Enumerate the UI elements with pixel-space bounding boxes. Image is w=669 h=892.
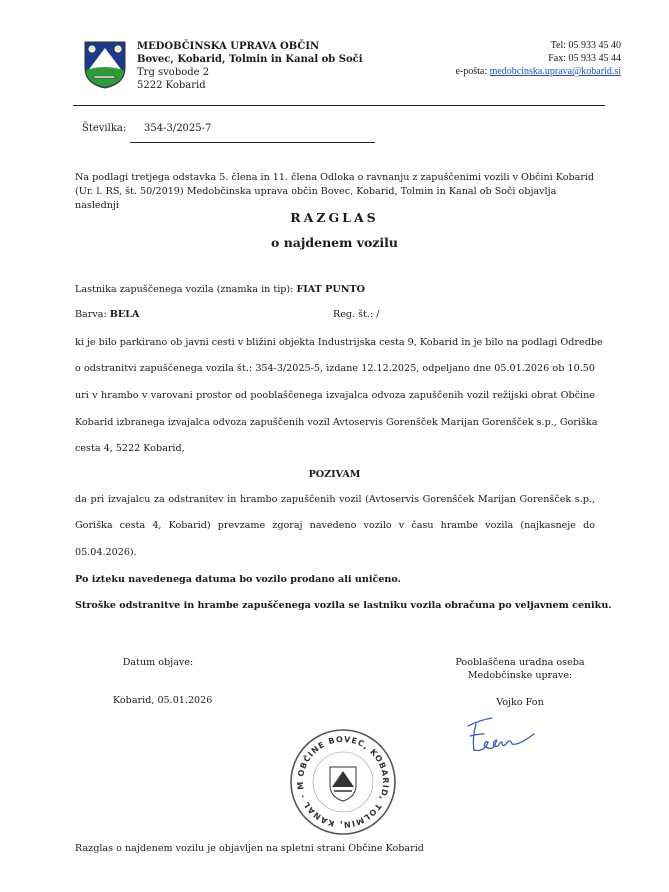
- email-link[interactable]: medobcinska.uprava@kobarid.si: [490, 66, 621, 77]
- vehicle-color: BELA: [110, 309, 140, 320]
- org-line-2: Bovec, Kobarid, Tolmin in Kanal ob Soči: [137, 53, 363, 66]
- email-row: e-pošta: medobcinska.uprava@kobarid.si: [455, 65, 621, 78]
- reference-value: 354-3/2025-7: [144, 123, 211, 134]
- pozivam-line: Goriška cesta 4, Kobarid) prevzame zgora…: [75, 520, 595, 531]
- date-label: Datum objave:: [108, 656, 208, 669]
- org-line-1: MEDOBČINSKA UPRAVA OBČIN: [137, 40, 363, 53]
- vehicle-registration: Reg. št.: /: [333, 309, 379, 320]
- reference-number: Številka: 354-3/2025-7: [82, 123, 126, 134]
- date-value: Kobarid, 05.01.2026: [113, 694, 243, 707]
- organization-address: Trg svobode 2 5222 Kobarid: [137, 66, 209, 92]
- fax-number: Fax: 05 933 45 44: [455, 52, 621, 65]
- address-line-2: 5222 Kobarid: [137, 79, 209, 92]
- body-line: o odstranitvi zapuščenega vozila št.: 35…: [75, 363, 595, 374]
- vehicle-owner-label: Lastnika zapuščenega vozila (znamka in t…: [75, 284, 296, 295]
- vehicle-make-model: FIAT PUNTO: [296, 284, 365, 295]
- official-label-line-1: Pooblaščena uradna oseba: [420, 656, 620, 669]
- reference-label: Številka:: [82, 123, 126, 134]
- notice-disposal: Po izteku navedenega datuma bo vozilo pr…: [75, 574, 401, 585]
- official-label-line-2: Medobčinske uprave:: [420, 669, 620, 682]
- body-line: ki je bilo parkirano ob javni cesti v bl…: [75, 337, 595, 348]
- official-name: Vojko Fon: [420, 696, 620, 709]
- official-stamp-icon: OBČINE BOVEC, KOBARID, TOLMIN, KANAL · M…: [288, 727, 398, 837]
- contact-info: Tel: 05 933 45 40 Fax: 05 933 45 44 e-po…: [455, 39, 621, 78]
- notice-costs: Stroške odstranitve in hrambe zapuščeneg…: [75, 600, 612, 611]
- handwritten-signature-icon: [462, 712, 542, 758]
- address-line-1: Trg svobode 2: [137, 66, 209, 79]
- email-label: e-pošta:: [455, 66, 489, 77]
- vehicle-color-label: Barva:: [75, 309, 110, 320]
- header-divider: [73, 105, 605, 106]
- footer-note: Razglas o najdenem vozilu je objavljen n…: [75, 843, 424, 854]
- document-subtitle: o najdenem vozilu: [0, 235, 669, 250]
- coat-of-arms-logo-icon: [83, 40, 127, 90]
- body-line: cesta 4, 5222 Kobarid,: [75, 443, 185, 454]
- vehicle-color-line: Barva: BELA: [75, 309, 139, 320]
- reference-underline: [130, 142, 375, 143]
- pozivam-line: da pri izvajalcu za odstranitev in hramb…: [75, 494, 595, 505]
- official-label: Pooblaščena uradna oseba Medobčinske upr…: [420, 656, 620, 682]
- organization-name: MEDOBČINSKA UPRAVA OBČIN Bovec, Kobarid,…: [137, 40, 363, 66]
- pozivam-line: 05.04.2026).: [75, 547, 137, 558]
- intro-paragraph: Na podlagi tretjega odstavka 5. člena in…: [75, 171, 595, 213]
- document-title: RAZGLAS: [0, 210, 669, 225]
- phone-number: Tel: 05 933 45 40: [455, 39, 621, 52]
- body-line: uri v hrambo v varovani prostor od poobl…: [75, 390, 595, 401]
- vehicle-owner-line: Lastnika zapuščenega vozila (znamka in t…: [75, 284, 365, 295]
- pozivam-heading: POZIVAM: [0, 468, 669, 482]
- body-line: Kobarid izbranega izvajalca odvoza zapuš…: [75, 417, 595, 428]
